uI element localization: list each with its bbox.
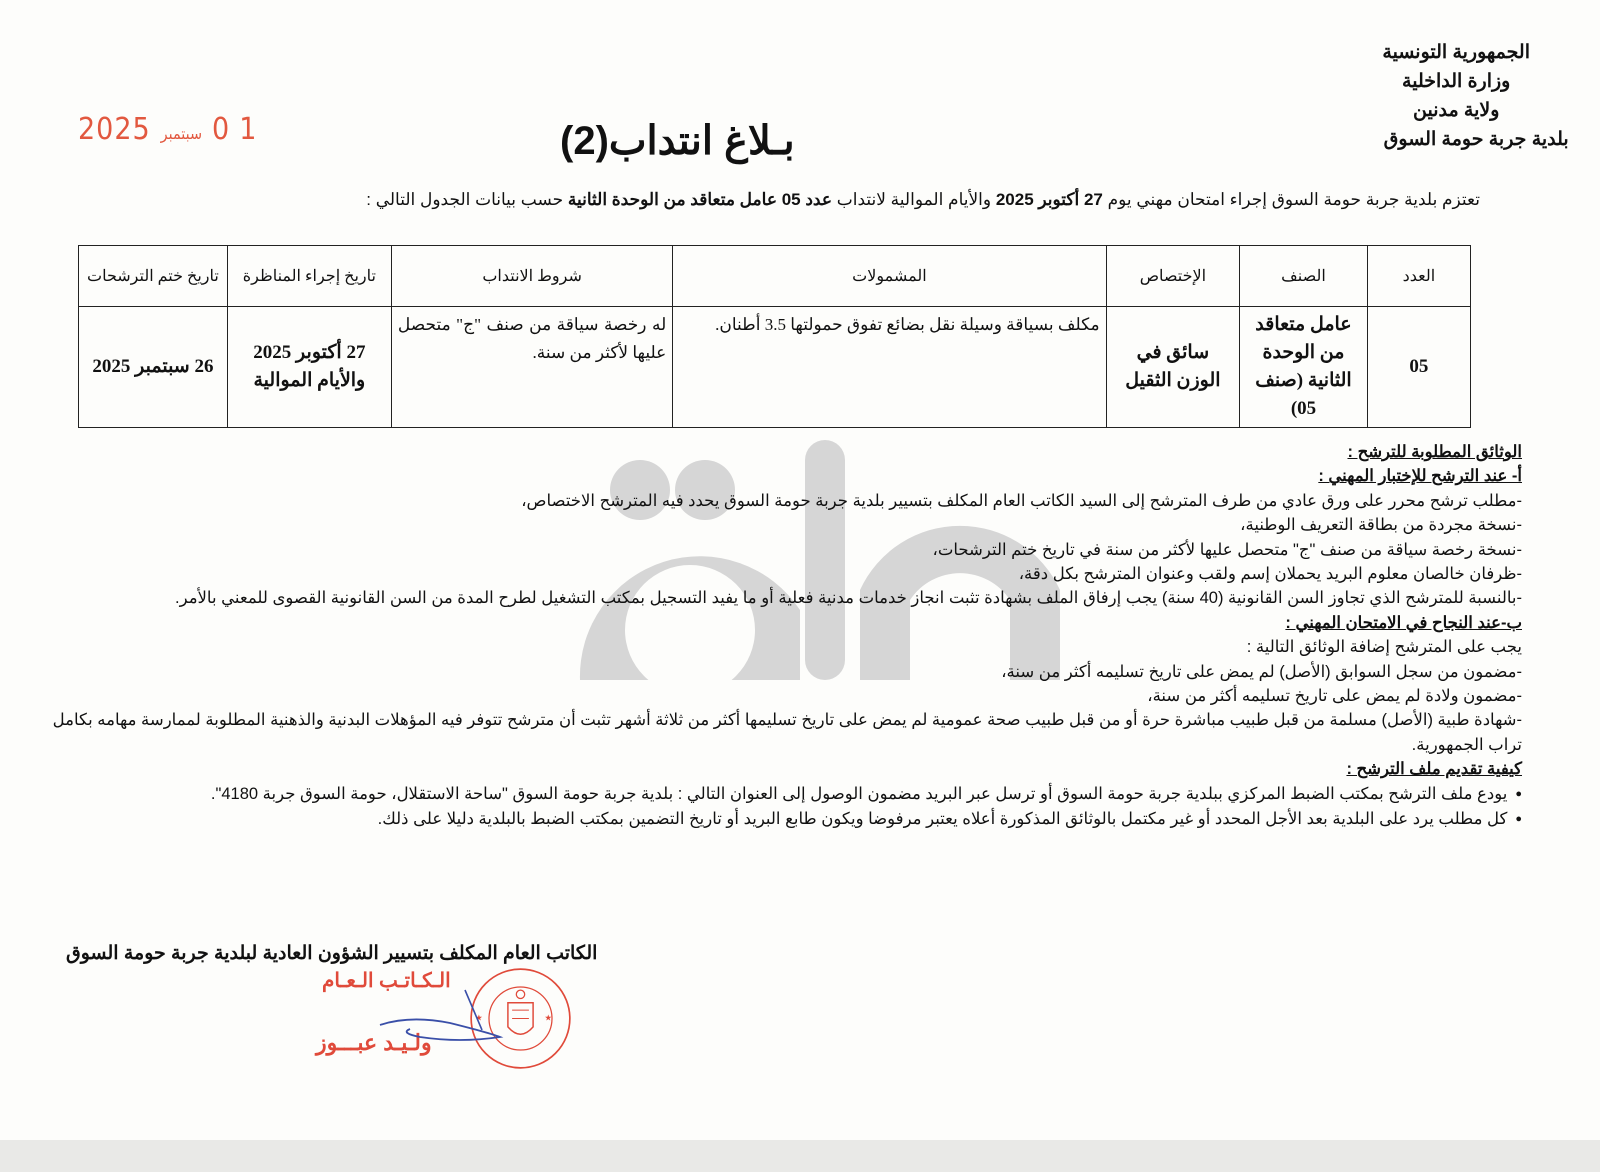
list-item: -مطلب ترشح محرر على ورق عادي من طرف المت… bbox=[42, 489, 1522, 513]
list-item: -مضمون ولادة لم يمض على تاريخ تسليمه أكث… bbox=[42, 684, 1522, 708]
handwritten-signature-icon bbox=[370, 985, 510, 1055]
required-documents-section: الوثائق المطلوبة للترشح : أ- عند الترشح … bbox=[42, 440, 1522, 831]
cell-exam-date: 27 أكتوبر 2025 والأيام الموالية bbox=[227, 307, 391, 428]
submission-item: يودع ملف الترشح بمكتب الضبط المركزي ببلد… bbox=[42, 782, 1522, 807]
cell-duties: مكلف بسياقة وسيلة نقل بضائع تفوق حمولتها… bbox=[673, 307, 1106, 428]
header-specialty: الإختصاص bbox=[1106, 246, 1240, 307]
documents-heading: الوثائق المطلوبة للترشح : bbox=[42, 440, 1522, 464]
table-header-row: العدد الصنف الإختصاص المشمولات شروط الان… bbox=[79, 246, 1471, 307]
date-stamp: 2025 سبتمبر 01 bbox=[78, 112, 266, 147]
submission-item-text: كل مطلب يرد على البلدية بعد الأجل المحدد… bbox=[378, 810, 1508, 828]
header-deadline: تاريخ ختم الترشحات bbox=[79, 246, 228, 307]
list-item: -بالنسبة للمترشح الذي تجاوز السن القانون… bbox=[42, 586, 1522, 610]
intro-paragraph: تعتزم بلدية جربة حومة السوق إجراء امتحان… bbox=[80, 188, 1480, 212]
table-row: 05 عامل متعاقد من الوحدة الثانية (صنف 05… bbox=[79, 307, 1471, 428]
intro-exam-date: 27 أكتوبر 2025 bbox=[996, 190, 1103, 209]
header-municipality: بلدية جربة حومة السوق bbox=[1382, 125, 1570, 154]
submission-item-text: يودع ملف الترشح بمكتب الضبط المركزي ببلد… bbox=[211, 785, 1507, 803]
header-governorate: ولاية مدنين bbox=[1382, 96, 1530, 125]
date-stamp-month: سبتمبر bbox=[161, 124, 202, 143]
list-item: -مضمون من سجل السوابق (الأصل) لم يمض على… bbox=[42, 660, 1522, 684]
cell-deadline: 26 سبتمبر 2025 bbox=[79, 307, 228, 428]
intro-position-count: عدد 05 عامل متعاقد من الوحدة الثانية bbox=[568, 190, 832, 209]
cell-specialty: سائق في الوزن الثقيل bbox=[1106, 307, 1240, 428]
list-item: -نسخة رخصة سياقة من صنف "ج" متحصل عليها … bbox=[42, 538, 1522, 562]
cell-conditions: له رخصة سياقة من صنف "ج" متحصل عليها لأك… bbox=[391, 307, 672, 428]
section-b-heading: ب-عند النجاح في الامتحان المهني : bbox=[42, 611, 1522, 635]
header-exam-date: تاريخ إجراء المناظرة bbox=[227, 246, 391, 307]
header-country: الجمهورية التونسية bbox=[1382, 38, 1530, 67]
recruitment-table: العدد الصنف الإختصاص المشمولات شروط الان… bbox=[78, 245, 1471, 428]
section-b-intro: يجب على المترشح إضافة الوثائق التالية : bbox=[42, 635, 1522, 659]
intro-text-1: تعتزم بلدية جربة حومة السوق إجراء امتحان… bbox=[1103, 190, 1480, 209]
issuer-header: الجمهورية التونسية وزارة الداخلية ولاية … bbox=[1382, 38, 1530, 154]
list-item: -ظرفان خالصان معلوم البريد يحملان إسم ول… bbox=[42, 562, 1522, 586]
list-item: -نسخة مجردة من بطاقة التعريف الوطنية، bbox=[42, 513, 1522, 537]
cell-category: عامل متعاقد من الوحدة الثانية (صنف 05) bbox=[1240, 307, 1368, 428]
intro-text-2: والأيام الموالية لانتداب bbox=[832, 190, 996, 209]
header-category: الصنف bbox=[1240, 246, 1368, 307]
document-page: الجمهورية التونسية وزارة الداخلية ولاية … bbox=[0, 0, 1600, 1140]
header-duties: المشمولات bbox=[673, 246, 1106, 307]
page-title: بـلاغ انتداب(2) bbox=[560, 118, 795, 164]
list-item: -شهادة طبية (الأصل) مسلمة من قبل طبيب مب… bbox=[42, 708, 1522, 757]
header-ministry: وزارة الداخلية bbox=[1382, 67, 1530, 96]
svg-text:★: ★ bbox=[544, 1013, 552, 1023]
date-stamp-year: 2025 bbox=[78, 112, 151, 147]
section-a-heading: أ- عند الترشح للإختبار المهني : bbox=[42, 464, 1522, 488]
submission-heading: كيفية تقديم ملف الترشح : bbox=[42, 757, 1522, 781]
date-stamp-day: 01 bbox=[212, 112, 266, 147]
intro-text-3: حسب بيانات الجدول التالي : bbox=[366, 190, 568, 209]
header-conditions: شروط الانتداب bbox=[391, 246, 672, 307]
header-count: العدد bbox=[1367, 246, 1470, 307]
signatory-title: الكاتب العام المكلف بتسيير الشؤون العادي… bbox=[66, 942, 597, 965]
submission-item: كل مطلب يرد على البلدية بعد الأجل المحدد… bbox=[42, 807, 1522, 832]
cell-count: 05 bbox=[1367, 307, 1470, 428]
